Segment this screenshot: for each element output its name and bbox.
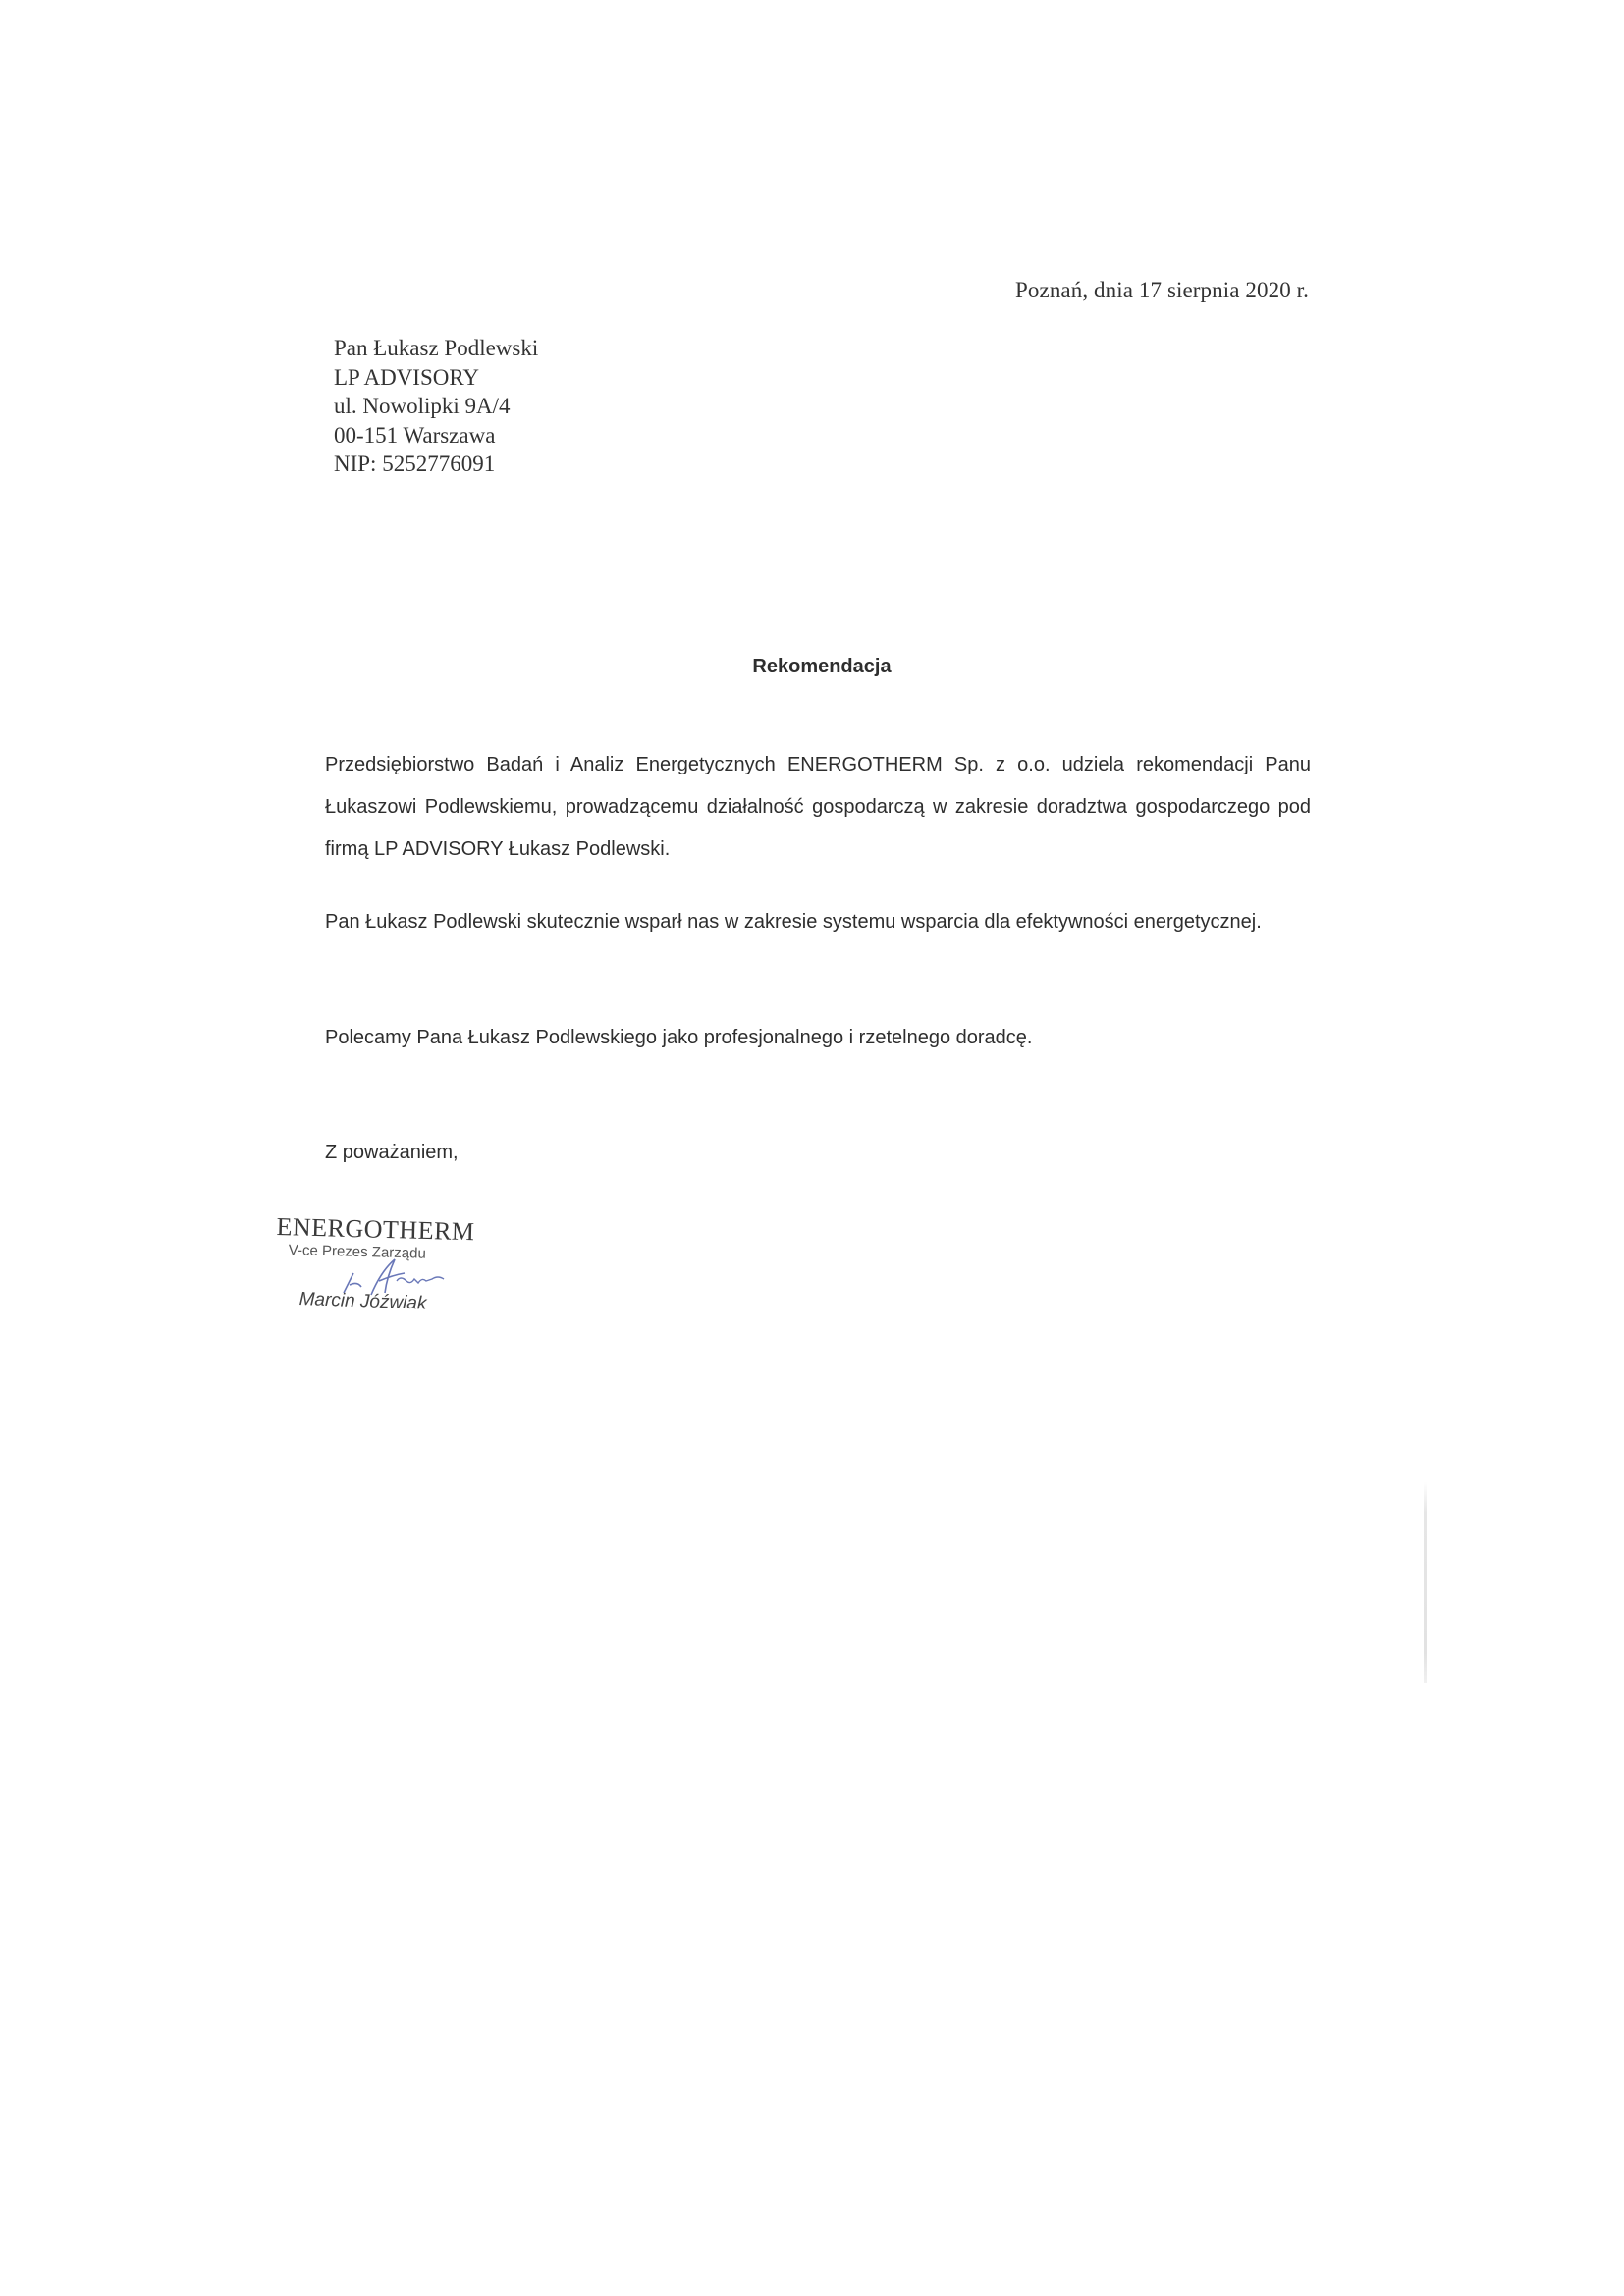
place-date: Poznań, dnia 17 sierpnia 2020 r.: [1015, 278, 1309, 303]
paragraph-support: Pan Łukasz Podlewski skutecznie wsparł n…: [325, 901, 1311, 943]
recipient-address-block: Pan Łukasz Podlewski LP ADVISORY ul. Now…: [334, 334, 538, 479]
recipient-street: ul. Nowolipki 9A/4: [334, 392, 538, 421]
scan-artifact-line: [1424, 1482, 1427, 1683]
recipient-company: LP ADVISORY: [334, 363, 538, 393]
company-stamp: ENERGOTHERM V-ce Prezes Zarządu Marcin J…: [277, 1212, 513, 1320]
paragraph-introduction: Przedsiębiorstwo Badań i Analiz Energety…: [325, 744, 1311, 871]
closing-salutation: Z poważaniem,: [325, 1142, 459, 1164]
recipient-name: Pan Łukasz Podlewski: [334, 334, 538, 363]
stamp-signatory-name: Marcin Jóźwiak: [298, 1289, 427, 1315]
recipient-city: 00-151 Warszawa: [334, 421, 538, 451]
letter-title: Rekomendacja: [0, 656, 1624, 678]
recipient-nip: NIP: 5252776091: [334, 450, 538, 479]
paragraph-recommendation: Polecamy Pana Łukasz Podlewskiego jako p…: [325, 1017, 1311, 1059]
